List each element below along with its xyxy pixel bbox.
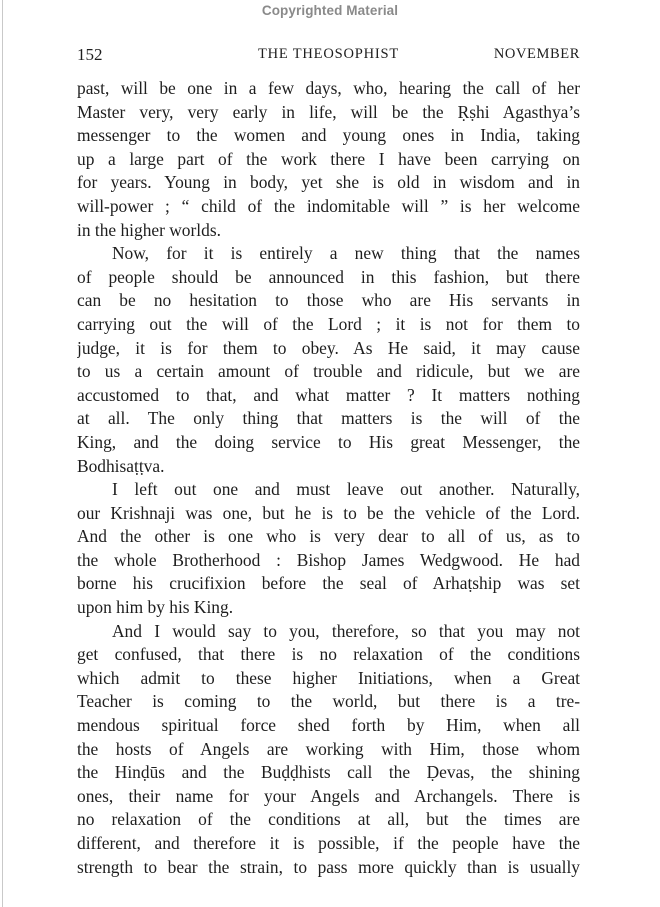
text-line: can be no hesitation to those who are Hi… xyxy=(77,289,580,313)
text-line: which admit to these higher Initiations,… xyxy=(77,667,580,691)
text-line: Master very, very early in life, will be… xyxy=(77,101,580,125)
text-line: strength to bear the strain, to pass mor… xyxy=(77,856,580,880)
text-line: for years. Young in body, yet she is old… xyxy=(77,171,580,195)
text-line: upon him by his King. xyxy=(77,596,580,620)
text-line: past, will be one in a few days, who, he… xyxy=(77,77,580,101)
text-line: to us a certain amount of trouble and ri… xyxy=(77,360,580,384)
text-line: mendous spiritual force shed forth by Hi… xyxy=(77,714,580,738)
text-line: And the other is one who is very dear to… xyxy=(77,525,580,549)
text-line: Now, for it is entirely a new thing that… xyxy=(77,242,580,266)
text-line: different, and therefore it is possible,… xyxy=(77,832,580,856)
text-line: judge, it is for them to obey. As He sai… xyxy=(77,337,580,361)
issue-month: NOVEMBER xyxy=(494,46,580,63)
text-line: our Krishnaji was one, but he is to be t… xyxy=(77,502,580,526)
text-line: of people should be announced in this fa… xyxy=(77,266,580,290)
text-line: up a large part of the work there I have… xyxy=(77,148,580,172)
copyright-watermark: Copyrighted Material xyxy=(0,3,660,18)
running-header: 152 THE THEOSOPHIST NOVEMBER xyxy=(77,45,580,67)
paragraph: I left out one and must leave out anothe… xyxy=(77,478,580,620)
text-line: King, and the doing service to His great… xyxy=(77,431,580,455)
text-line: carrying out the will of the Lord ; it i… xyxy=(77,313,580,337)
text-line: borne his crucifixion before the seal of… xyxy=(77,572,580,596)
text-line: get confused, that there is no relaxatio… xyxy=(77,643,580,667)
text-line: I left out one and must leave out anothe… xyxy=(77,478,580,502)
text-line: And I would say to you, therefore, so th… xyxy=(77,620,580,644)
paragraph: And I would say to you, therefore, so th… xyxy=(77,620,580,880)
text-line: the whole Brotherhood : Bishop James Wed… xyxy=(77,549,580,573)
page-body: past, will be one in a few days, who, he… xyxy=(77,77,580,879)
text-line: at all. The only thing that matters is t… xyxy=(77,407,580,431)
text-line: ones, their name for your Angels and Arc… xyxy=(77,785,580,809)
text-line: no relaxation of the conditions at all, … xyxy=(77,808,580,832)
paragraph: Now, for it is entirely a new thing that… xyxy=(77,242,580,478)
text-line: messenger to the women and young ones in… xyxy=(77,124,580,148)
text-line: the Hinḍūs and the Buḍḍhists call the Ḍe… xyxy=(77,761,580,785)
text-line: Teacher is coming to the world, but ther… xyxy=(77,690,580,714)
paragraph: past, will be one in a few days, who, he… xyxy=(77,77,580,242)
text-line: accustomed to that, and what matter ? It… xyxy=(77,384,580,408)
page-edge-rule xyxy=(2,0,3,907)
text-line: in the higher worlds. xyxy=(77,219,580,243)
text-line: Bodhisaṭṭva. xyxy=(77,455,580,479)
text-line: will-power ; “ child of the indomitable … xyxy=(77,195,580,219)
text-line: the hosts of Angels are working with Him… xyxy=(77,738,580,762)
